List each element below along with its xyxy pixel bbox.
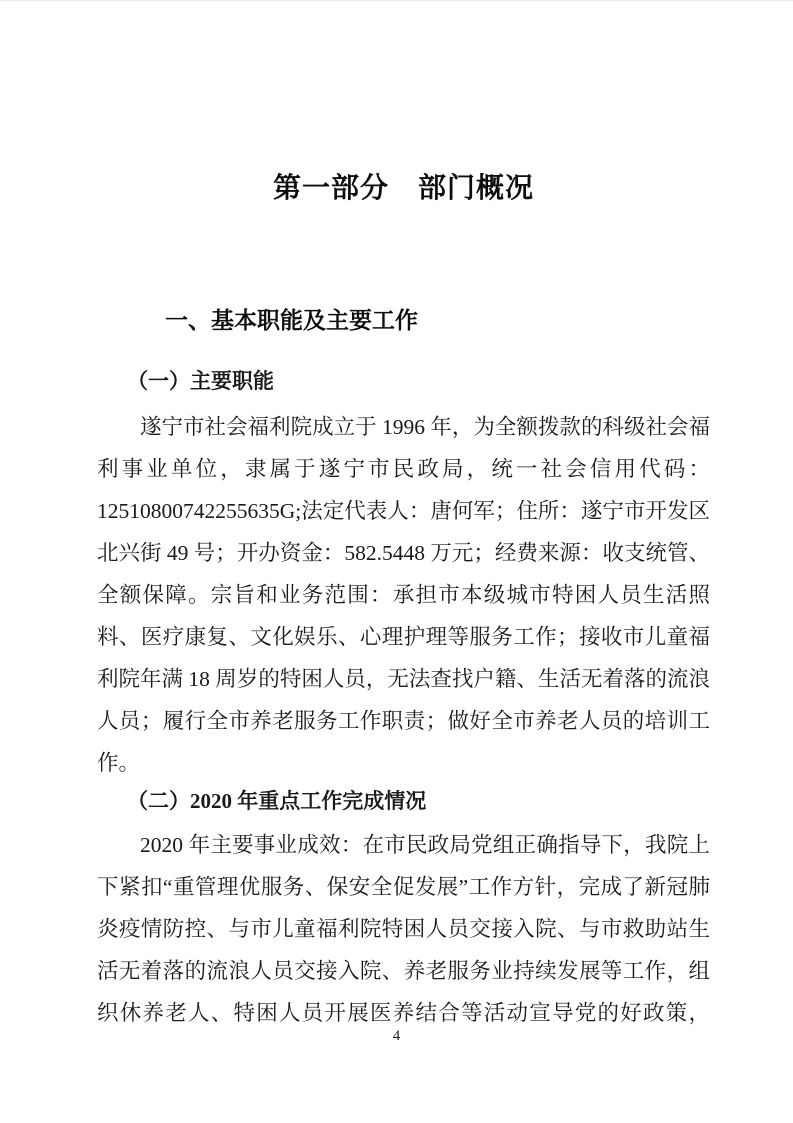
section-heading-basic-functions: 一、基本职能及主要工作 [97, 305, 710, 335]
subsection-heading-2020-work-completion: （二）2020 年重点工作完成情况 [97, 786, 710, 816]
document-page: 第一部分 部门概况 一、基本职能及主要工作 （一）主要职能 遂宁市社会福利院成立… [0, 0, 793, 1123]
paragraph-main-duties: 遂宁市社会福利院成立于 1996 年，为全额拨款的科级社会福利事业单位，隶属于遂… [97, 406, 710, 784]
page-title: 第一部分 部门概况 [97, 171, 710, 205]
paragraph-2020-achievements: 2020 年主要事业成效：在市民政局党组正确指导下，我院上下紧扣“重管理优服务、… [97, 824, 710, 1034]
subsection-heading-main-duties: （一）主要职能 [97, 366, 710, 396]
page-number: 4 [0, 1027, 793, 1045]
